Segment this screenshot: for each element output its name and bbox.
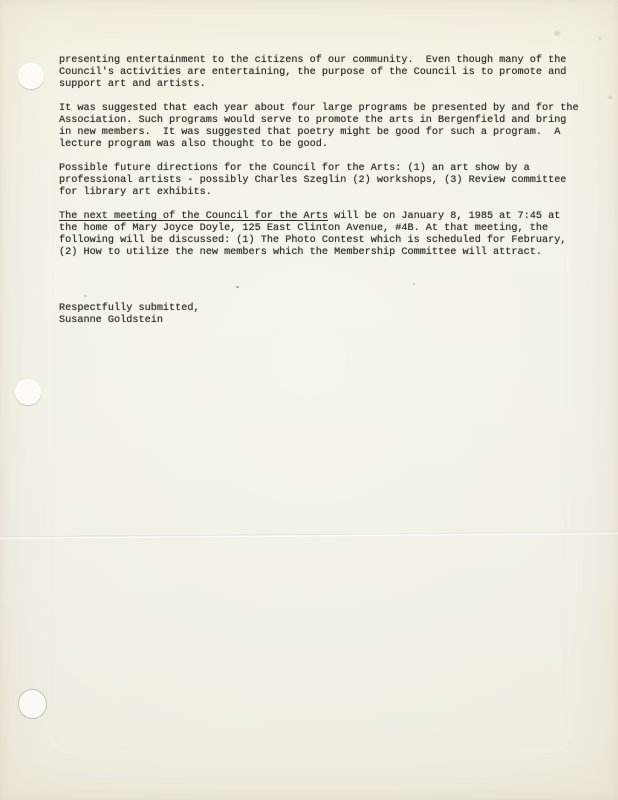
closing-block: Respectfully submitted, Susanne Goldstei… [59,303,579,327]
paragraph-purpose: presenting entertainment to the citizens… [59,55,579,91]
paragraph-next-meeting: The next meeting of the Council for the … [59,211,579,259]
document-text: presenting entertainment to the citizens… [59,55,579,327]
text-line: The next meeting of the Council for the … [59,211,579,223]
text-line: Possible future directions for the Counc… [59,163,579,175]
text-line: (2) How to utilize the new members which… [59,247,579,259]
text-line: Association. Such programs would serve t… [59,115,579,127]
paper-speck [554,31,560,36]
text-line: professional artists - possibly Charles … [59,175,579,187]
text-line-rest: will be on January 8, 1985 at 7:45 at [328,211,560,222]
text-line: It was suggested that each year about fo… [59,103,579,115]
punch-hole-middle [15,379,41,405]
fold-crease [0,532,618,540]
text-line: support art and artists. [59,79,579,91]
text-line: following will be discussed: (1) The Pho… [59,235,579,247]
text-line: Council's activities are entertaining, t… [59,67,579,79]
text-line: in new members. It was suggested that po… [59,127,579,139]
punch-hole-top [18,63,44,89]
text-line: presenting entertainment to the citizens… [59,55,579,67]
scanned-document-page: presenting entertainment to the citizens… [0,0,618,800]
text-line: for library art exhibits. [59,187,579,199]
closing-salutation: Respectfully submitted, [59,303,579,315]
underlined-phrase: The next meeting of the Council for the … [59,211,328,222]
paragraph-programs: It was suggested that each year about fo… [59,103,579,151]
paper-speck [598,37,602,40]
paragraph-future-directions: Possible future directions for the Counc… [59,163,579,199]
text-line: lecture program was also thought to be g… [59,139,579,151]
signature-name: Susanne Goldstein [59,315,579,327]
paper-speck [608,96,612,99]
punch-hole-bottom [18,689,47,719]
text-line: the home of Mary Joyce Doyle, 125 East C… [59,223,579,235]
